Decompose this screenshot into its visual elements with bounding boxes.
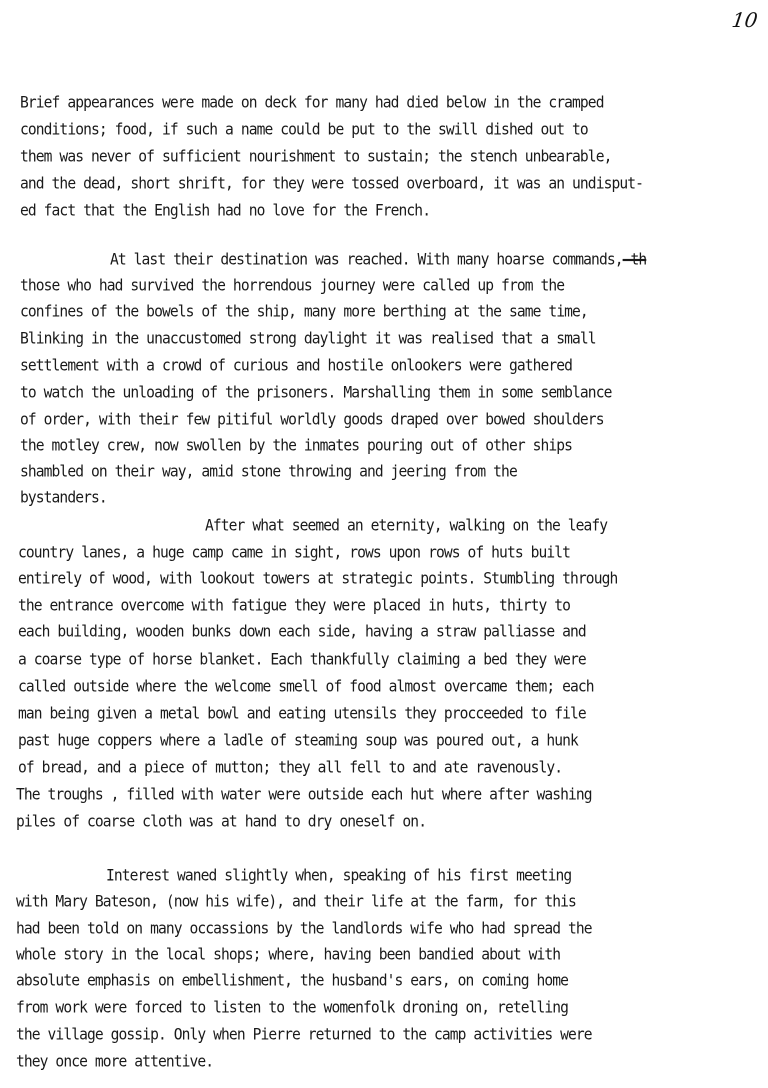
page-number: 10 [730, 8, 759, 32]
text-line: entirely of wood, with lookout towers at… [18, 569, 617, 588]
text-line: whole story in the local shops; where, h… [16, 945, 560, 964]
text-line: a coarse type of horse blanket. Each tha… [18, 650, 586, 669]
text-line: bystanders. [20, 488, 107, 507]
text-line: those who had survived the horrendous jo… [20, 276, 564, 295]
text-line: absolute emphasis on embellishment, the … [16, 971, 568, 990]
text-line: them was never of sufficient nourishment… [20, 147, 611, 166]
text-line: past huge coppers where a ladle of steam… [18, 731, 578, 750]
text-line: each building, wooden bunks down each si… [18, 622, 586, 641]
text-line: settlement with a crowd of curious and h… [20, 356, 572, 375]
text-line: confines of the bowels of the ship, many… [20, 302, 588, 321]
text-line: of order, with their few pitiful worldly… [20, 410, 604, 429]
text-line: from work were forced to listen to the w… [16, 998, 568, 1017]
text-line: ed fact that the English had no love for… [20, 201, 430, 220]
text-line: After what seemed an eternity, walking o… [205, 516, 607, 535]
text-line: they once more attentive. [16, 1052, 213, 1071]
text-line: and the dead, short shrift, for they wer… [20, 174, 643, 193]
text-line: the village gossip. Only when Pierre ret… [16, 1025, 592, 1044]
text-line: the motley crew, now swollen by the inma… [20, 436, 572, 455]
text-line: with Mary Bateson, (now his wife), and t… [16, 892, 576, 911]
text-line: shambled on their way, amid stone throwi… [20, 462, 517, 481]
text-line: Blinking in the unaccustomed strong dayl… [20, 329, 596, 348]
text-line: The troughs , filled with water were out… [16, 785, 592, 804]
text-line: called outside where the welcome smell o… [18, 677, 594, 696]
text-line: man being given a metal bowl and eating … [18, 704, 586, 723]
text-line: had been told on many occassions by the … [16, 919, 592, 938]
struck-out-text: th [623, 250, 647, 268]
text-line: At last their destination was reached. W… [110, 250, 646, 269]
text-line: country lanes, a huge camp came in sight… [18, 543, 570, 562]
text-line: Interest waned slightly when, speaking o… [106, 866, 571, 885]
text-line: of bread, and a piece of mutton; they al… [18, 758, 562, 777]
text-line: conditions; food, if such a name could b… [20, 120, 588, 139]
text-line: to watch the unloading of the prisoners.… [20, 383, 611, 402]
text-line: piles of coarse cloth was at hand to dry… [16, 812, 426, 831]
text-line: the entrance overcome with fatigue they … [18, 596, 570, 615]
text-line: Brief appearances were made on deck for … [20, 93, 604, 112]
